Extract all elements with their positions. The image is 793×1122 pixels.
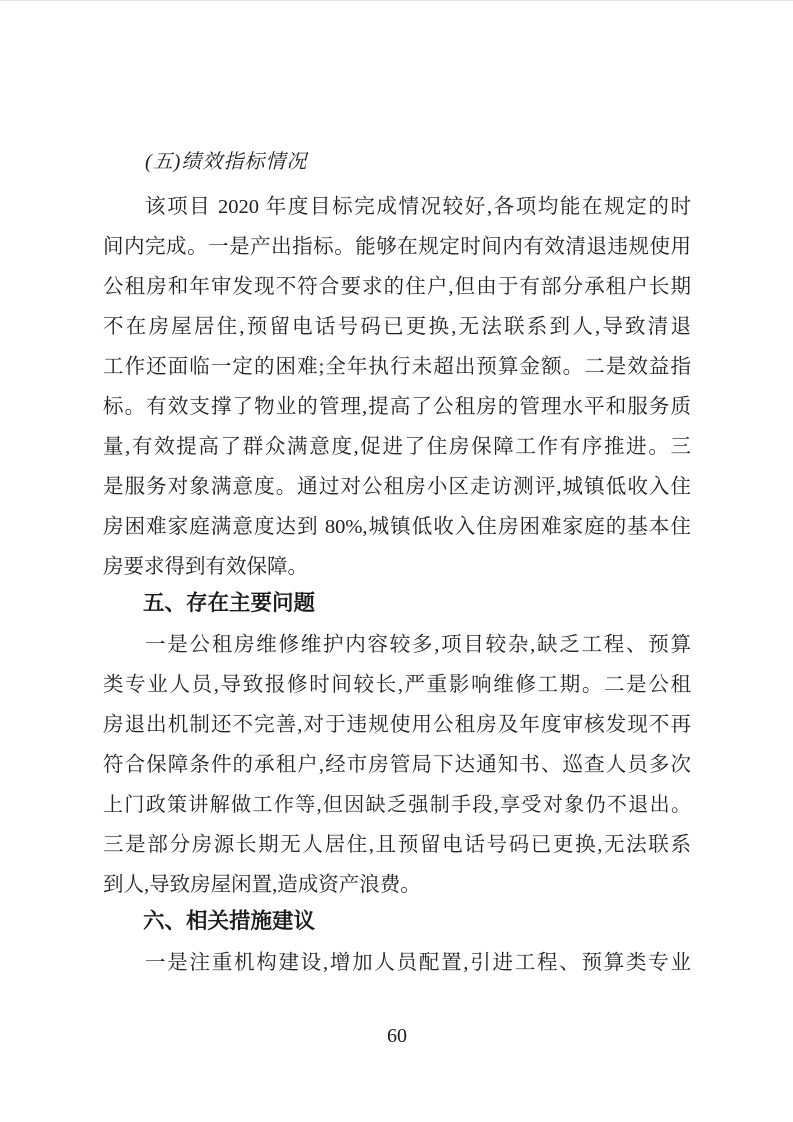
paragraph-line-end: 房要求得到有效保障。 — [103, 547, 691, 587]
paragraph-line: 是服务对象满意度。通过对公租房小区走访测评,城镇低收入住 — [103, 467, 691, 507]
paragraph-line: 房困难家庭满意度达到 80%,城镇低收入住房困难家庭的基本住 — [103, 507, 691, 547]
paragraph-line: 间内完成。一是产出指标。能够在规定时间内有效清退违规使用 — [103, 227, 691, 267]
paragraph-line: 标。有效支撑了物业的管理,提高了公租房的管理水平和服务质 — [103, 387, 691, 427]
paragraph-line-end: 到人,导致房屋闲置,造成资产浪费。 — [103, 865, 691, 905]
paragraph-line: 工作还面临一定的困难;全年执行未超出预算金额。二是效益指 — [103, 347, 691, 387]
paragraph-line: 三是部分房源长期无人居住,且预留电话号码已更换,无法联系 — [103, 825, 691, 865]
section-heading-main-problems: 五、存在主要问题 — [103, 583, 691, 623]
paragraph-line: 符合保障条件的承租户,经市房管局下达通知书、巡查人员多次 — [103, 745, 691, 785]
paragraph-line: 量,有效提高了群众满意度,促进了住房保障工作有序推进。三 — [103, 427, 691, 467]
paragraph-line: 一是公租房维修维护内容较多,项目较杂,缺乏工程、预算 — [103, 625, 691, 665]
document-page: (五)绩效指标情况 该项目 2020 年度目标完成情况较好,各项均能在规定的时 … — [0, 0, 793, 1122]
subheading-performance-indicators: (五)绩效指标情况 — [103, 142, 691, 187]
page-number: 60 — [103, 1016, 691, 1056]
page-top-edge-divider — [0, 0, 793, 1]
paragraph-line: 公租房和年审发现不符合要求的住户,但由于有部分承租户长期 — [103, 267, 691, 307]
paragraph-line: 不在房屋居住,预留电话号码已更换,无法联系到人,导致清退 — [103, 307, 691, 347]
paragraph-line: 该项目 2020 年度目标完成情况较好,各项均能在规定的时 — [103, 187, 691, 227]
section-heading-suggestions: 六、相关措施建议 — [103, 901, 691, 941]
paragraph-line: 房退出机制还不完善,对于违规使用公租房及年度审核发现不再 — [103, 705, 691, 745]
paragraph-line: 上门政策讲解做工作等,但因缺乏强制手段,享受对象仍不退出。 — [103, 785, 691, 825]
paragraph-line: 类专业人员,导致报修时间较长,严重影响维修工期。二是公租 — [103, 665, 691, 705]
paragraph-line: 一是注重机构建设,增加人员配置,引进工程、预算类专业 — [103, 943, 691, 983]
